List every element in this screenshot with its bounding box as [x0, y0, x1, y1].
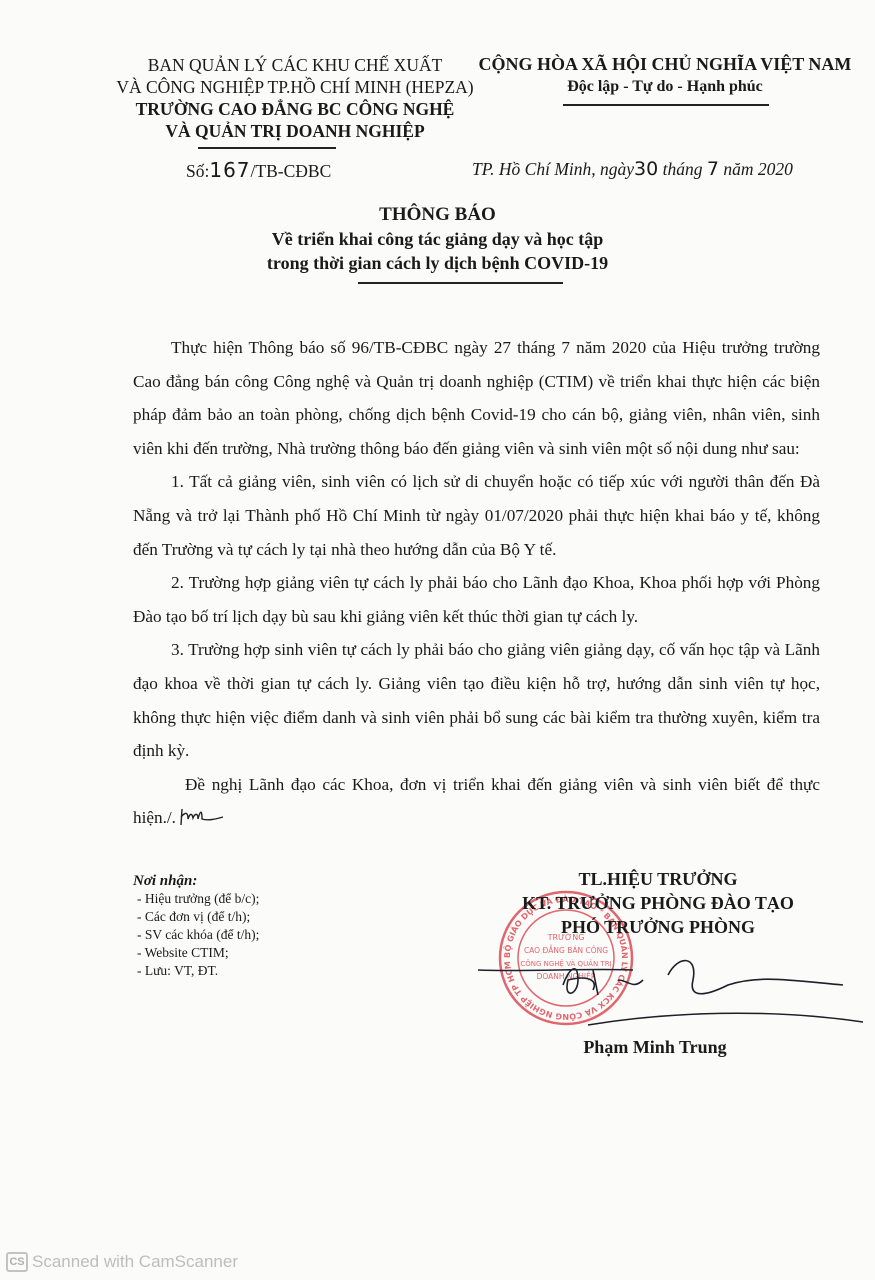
document-number-handwritten: 167	[209, 158, 250, 182]
intro-paragraph: Thực hiện Thông báo số 96/TB-CĐBC ngày 2…	[133, 331, 820, 465]
place-and-date: TP. Hồ Chí Minh, ngày30 tháng 7 năm 2020	[472, 158, 793, 180]
title-subtitle-line-1: Về triển khai công tác giảng dạy và học …	[150, 227, 725, 251]
recipient-item: - Website CTIM;	[133, 944, 259, 962]
recipients-list: Nơi nhận: - Hiệu trưởng (để b/c); - Các …	[133, 872, 259, 980]
title-heading: THÔNG BÁO	[150, 203, 725, 227]
date-month-label: tháng	[658, 159, 707, 179]
document-number-suffix: /TB-CĐBC	[251, 161, 332, 181]
recipient-item: - Hiệu trưởng (để b/c);	[133, 890, 259, 908]
national-header: CỘNG HÒA XÃ HỘI CHỦ NGHĨA VIỆT NAM Độc l…	[470, 52, 860, 98]
title-divider	[358, 282, 563, 284]
date-month: 7	[707, 158, 719, 180]
authority-line-2: VÀ CÔNG NGHIỆP TP.HỒ CHÍ MINH (HEPZA)	[95, 76, 495, 98]
national-motto: Độc lập - Tự do - Hạnh phúc	[470, 76, 860, 98]
issuing-authority-header: BAN QUẢN LÝ CÁC KHU CHẾ XUẤT VÀ CÔNG NGH…	[95, 54, 495, 142]
header-right-divider	[563, 104, 769, 106]
school-name-line-2: VÀ QUẢN TRỊ DOANH NGHIỆP	[95, 120, 495, 142]
scanner-watermark: CS Scanned with CamScanner	[6, 1252, 238, 1272]
signature-title-1: TL.HIỆU TRƯỞNG	[468, 867, 848, 891]
document-number-prefix: Số:	[186, 161, 209, 181]
title-subtitle-line-2: trong thời gian cách ly dịch bệnh COVID-…	[150, 251, 725, 275]
closing-text: Đề nghị Lãnh đạo các Khoa, đơn vị triển …	[133, 775, 820, 828]
item-paragraph-1: 1. Tất cả giảng viên, sinh viên có lịch …	[133, 465, 820, 566]
recipient-item: - Các đơn vị (để t/h);	[133, 908, 259, 926]
recipients-heading: Nơi nhận:	[133, 872, 259, 890]
document-body: Thực hiện Thông báo số 96/TB-CĐBC ngày 2…	[133, 331, 820, 835]
date-day: 30	[634, 158, 658, 180]
item-paragraph-2: 2. Trường hợp giảng viên tự cách ly phải…	[133, 566, 820, 633]
signature-title-2: KT. TRƯỞNG PHÒNG ĐÀO TẠO	[468, 891, 848, 915]
recipient-item: - SV các khóa (để t/h);	[133, 926, 259, 944]
document-number: Số:167/TB-CĐBC	[186, 158, 331, 182]
recipient-item: - Lưu: VT, ĐT.	[133, 962, 259, 980]
initials-scribble-icon	[178, 805, 226, 827]
item-paragraph-3: 3. Trường hợp sinh viên tự cách ly phải …	[133, 633, 820, 767]
nation-name: CỘNG HÒA XÃ HỘI CHỦ NGHĨA VIỆT NAM	[470, 52, 860, 76]
closing-paragraph: Đề nghị Lãnh đạo các Khoa, đơn vị triển …	[133, 768, 820, 835]
school-name-line-1: TRƯỜNG CAO ĐẲNG BC CÔNG NGHỆ	[95, 98, 495, 120]
header-left-divider	[198, 147, 336, 149]
signature-title-3: PHÓ TRƯỞNG PHÒNG	[468, 915, 848, 939]
document-title: THÔNG BÁO Về triển khai công tác giảng d…	[150, 203, 725, 275]
date-prefix: TP. Hồ Chí Minh, ngày	[472, 159, 634, 179]
signer-name: Phạm Minh Trung	[540, 1037, 770, 1058]
scanner-label: Scanned with CamScanner	[32, 1252, 238, 1272]
date-year: năm 2020	[719, 159, 793, 179]
handwritten-signature-icon	[468, 950, 868, 1045]
authority-line-1: BAN QUẢN LÝ CÁC KHU CHẾ XUẤT	[95, 54, 495, 76]
camscanner-logo-icon: CS	[6, 1252, 28, 1272]
signature-block: TL.HIỆU TRƯỞNG KT. TRƯỞNG PHÒNG ĐÀO TẠO …	[468, 867, 848, 939]
